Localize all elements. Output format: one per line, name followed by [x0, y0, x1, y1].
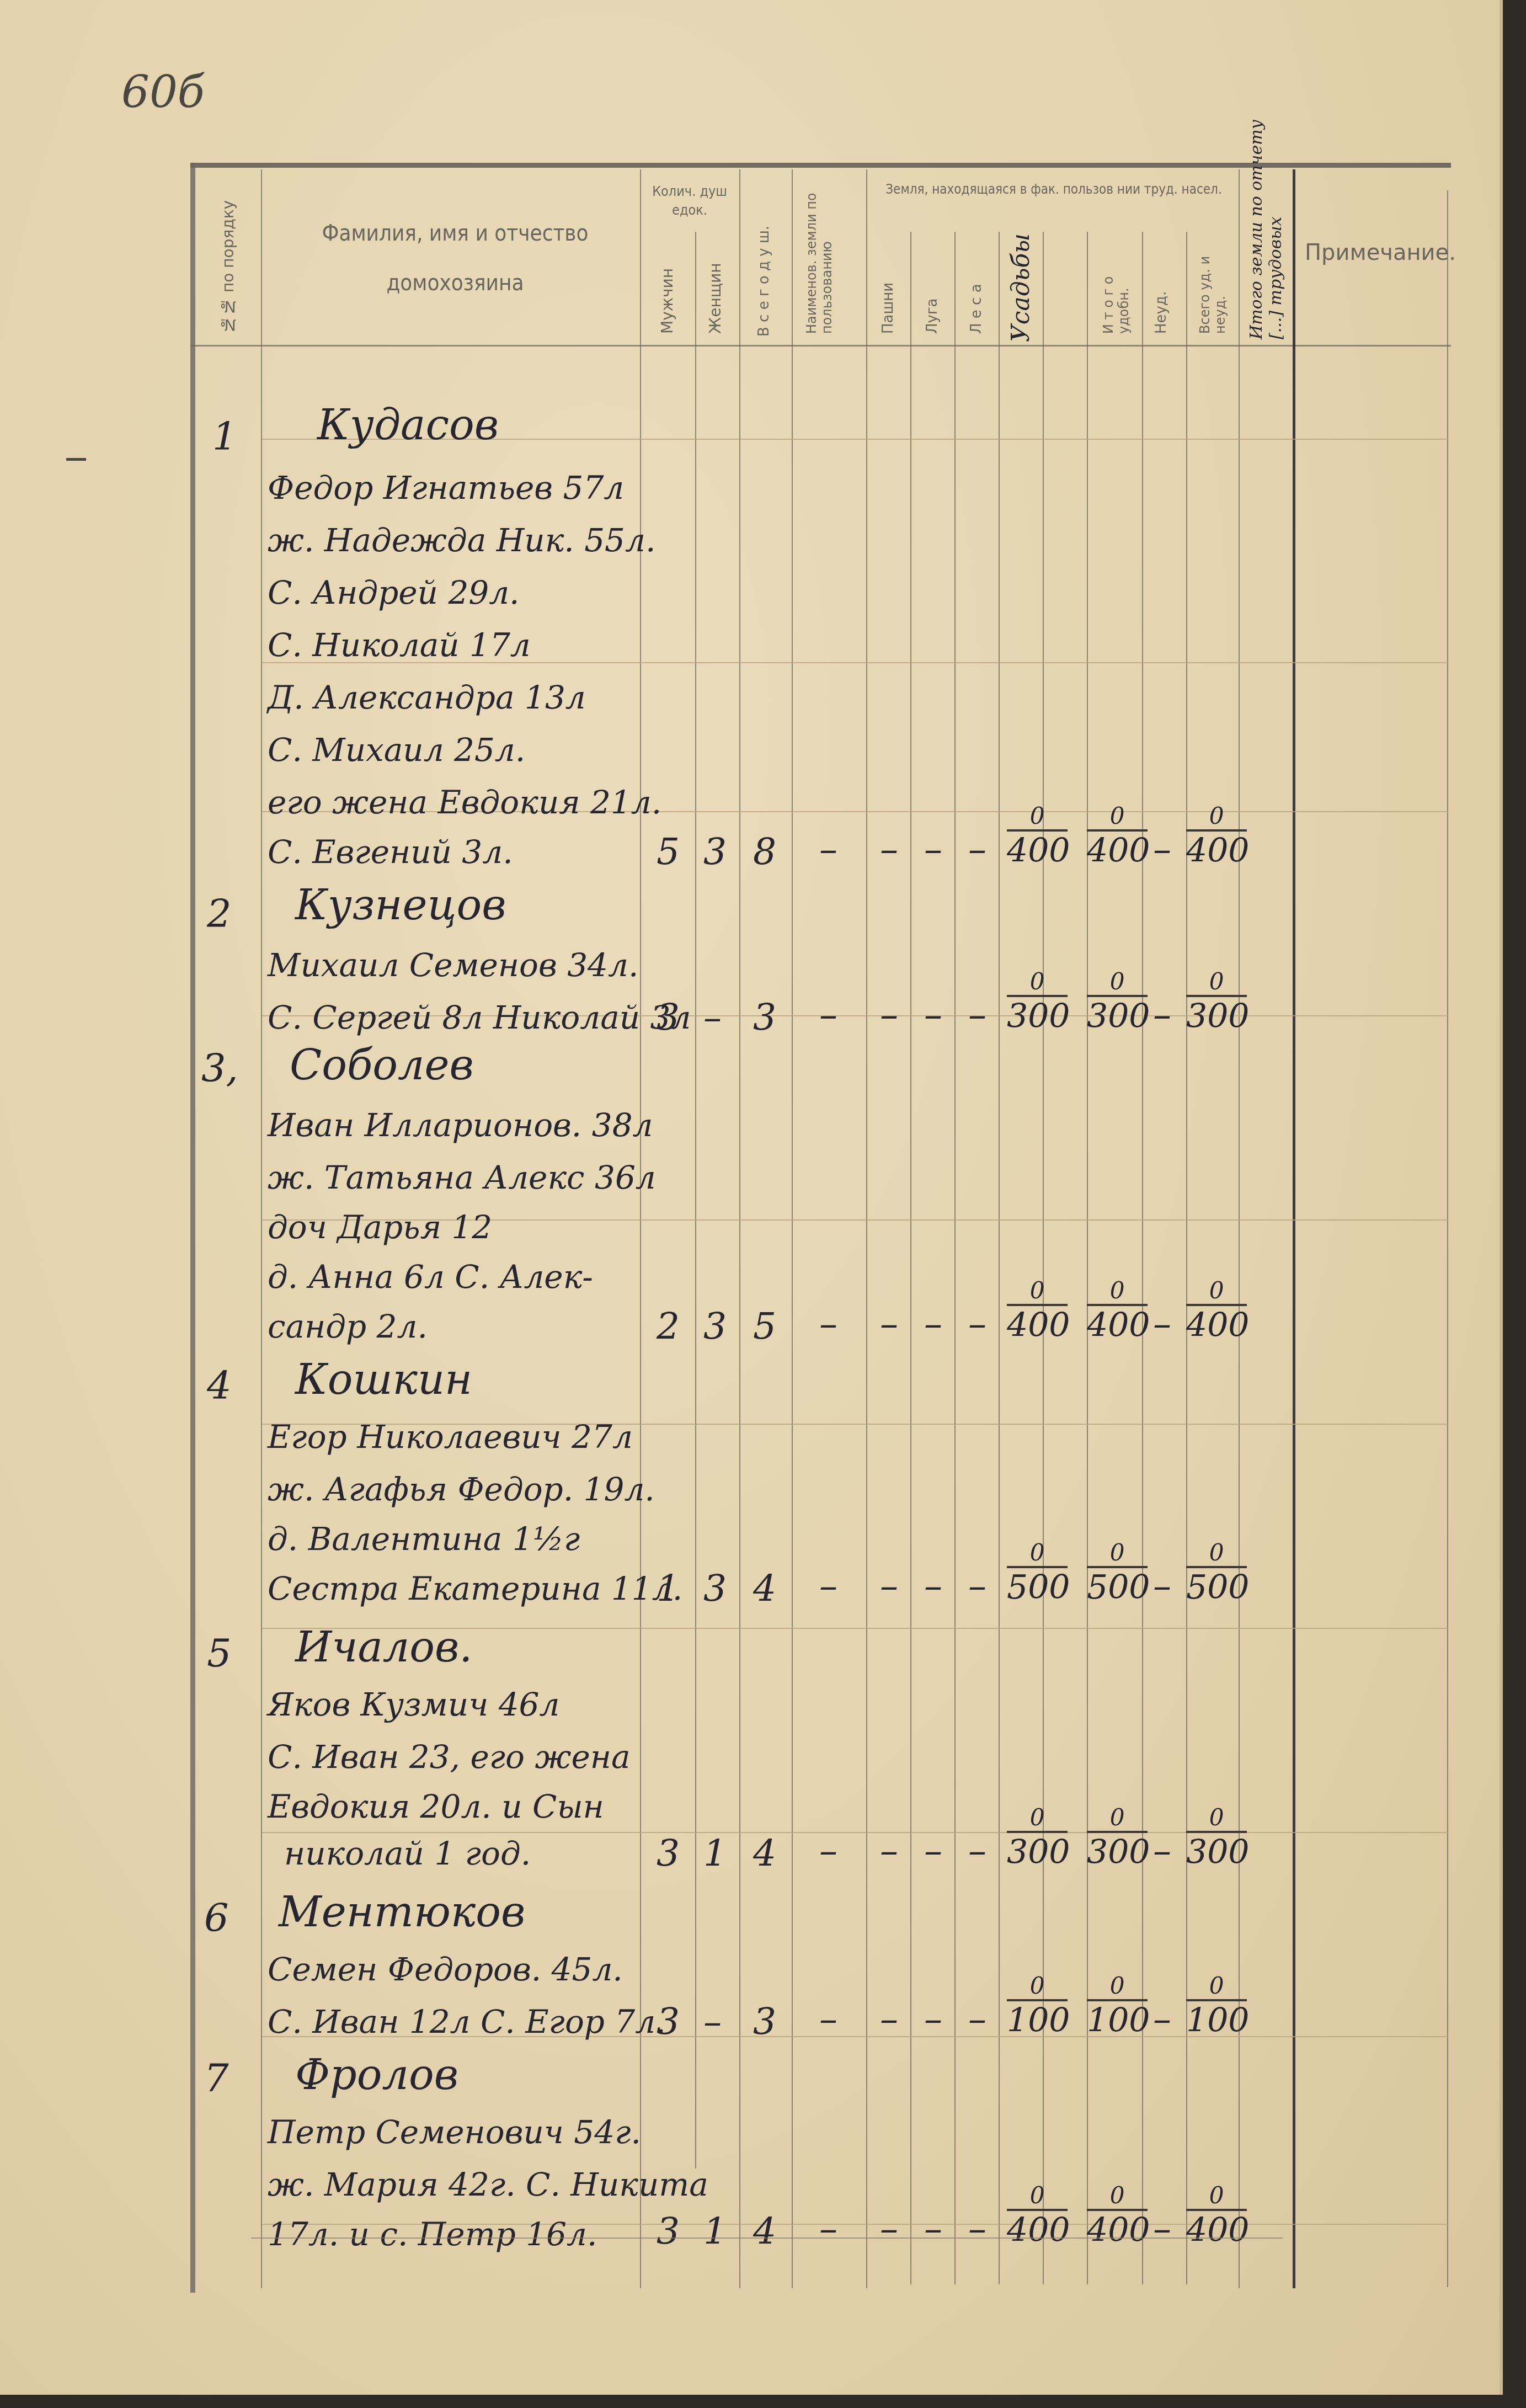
men-count: 3: [657, 996, 680, 1038]
meadows: –: [924, 1564, 942, 1607]
total-souls: 4: [753, 1832, 776, 1874]
header-arable: Пашни: [880, 257, 897, 334]
estate-fraction: 0400: [1007, 1277, 1068, 1345]
meadows: –: [924, 1997, 942, 2040]
header-total-all: Всего уд. и неуд.: [1197, 235, 1236, 334]
row-number: 3,: [201, 1046, 238, 1091]
all-total-fraction: 0300: [1186, 968, 1247, 1036]
forests: –: [968, 2207, 986, 2250]
header-meadows: Луга: [924, 257, 941, 334]
women-count: –: [703, 996, 722, 1038]
estate-fraction: 0300: [1007, 968, 1068, 1036]
header-name-line2: домохозяина: [279, 270, 632, 296]
col-divider: [739, 169, 740, 2288]
member: Евдокия 20л. и Сын: [268, 1788, 604, 1825]
arable: –: [880, 1302, 898, 1345]
header-land-group: Земля, находящаяся в фак. пользов нии тр…: [874, 179, 1233, 199]
member: доч Дарья 12: [268, 1208, 492, 1246]
unusable: –: [1153, 1302, 1171, 1345]
men-count: 1: [657, 1567, 680, 1610]
forests: –: [968, 1997, 986, 2040]
total-souls: 3: [753, 2000, 776, 2043]
all-total-fraction: 0400: [1186, 2182, 1247, 2250]
surname: Кузнецов: [295, 880, 506, 929]
header-notes: Примечание.: [1305, 240, 1448, 265]
meadows: –: [924, 828, 942, 870]
total-souls: 3: [753, 996, 776, 1038]
all-total-fraction: 0500: [1186, 1539, 1247, 1607]
left-rule: [190, 163, 195, 2293]
member: Петр Семенович 54г.: [268, 2113, 641, 2151]
unusable: –: [1153, 2207, 1171, 2250]
usable-total-fraction: 0100: [1087, 1973, 1148, 2040]
col-divider: [1239, 169, 1240, 2288]
member: Сестра Екатерина 11л.: [268, 1570, 682, 1607]
col-divider-ink: [1293, 169, 1295, 2288]
all-total-fraction: 0100: [1186, 1973, 1247, 2040]
header-total-souls: В с е г о д у ш.: [756, 177, 772, 337]
col-divider: [866, 169, 867, 2288]
col-divider: [999, 232, 1000, 2284]
header-handwritten-total: Итого земли по отчету [...] трудовых: [1247, 113, 1294, 339]
forests: –: [968, 828, 986, 870]
forests: –: [968, 1302, 986, 1345]
total-souls: 4: [753, 2210, 776, 2252]
women-count: 3: [703, 1567, 727, 1610]
arable: –: [880, 1564, 898, 1607]
arable: –: [880, 1997, 898, 2040]
member: Федор Игнатьев 57л: [268, 469, 624, 507]
all-total-fraction: 0300: [1186, 1804, 1247, 1872]
forests: –: [968, 993, 986, 1036]
header-estate-handwritten: Усадьбы: [1007, 221, 1035, 342]
member: д. Валентина 1½г: [268, 1520, 580, 1558]
col-divider: [261, 169, 262, 2288]
header-unusable: Неуд.: [1153, 257, 1170, 334]
member: Д. Александра 13л: [268, 679, 586, 716]
surname: Кудасов: [317, 400, 499, 449]
unusable: –: [1153, 1997, 1171, 2040]
col-divider: [1447, 190, 1448, 2287]
member: С. Сергей 8л Николай 3л: [268, 999, 691, 1036]
usable-total-fraction: 0300: [1087, 968, 1148, 1036]
all-total-fraction: 0400: [1186, 803, 1247, 870]
men-count: 3: [657, 2000, 680, 2043]
unusable: –: [1153, 1564, 1171, 1607]
col-divider: [695, 232, 696, 2169]
header-row-number: №№ по порядку: [219, 196, 237, 334]
member: ж. Татьяна Алекс 36л: [268, 1159, 656, 1196]
member: 17л. и с. Петр 16л.: [268, 2215, 597, 2253]
women-count: 3: [703, 1305, 727, 1347]
meadows: –: [924, 993, 942, 1036]
member: С. Михаил 25л.: [268, 731, 525, 769]
member: николай 1 год.: [284, 1835, 531, 1872]
row-number: 1: [212, 414, 237, 459]
total-souls: 4: [753, 1567, 776, 1610]
member: д. Анна 6л С. Алек-: [268, 1258, 593, 1296]
member: Михаил Семенов 34л.: [268, 946, 638, 984]
arable: –: [880, 828, 898, 870]
census-form-sheet: 60б №№ по порядку Фами: [0, 0, 1503, 2395]
member: его жена Евдокия 21л.: [268, 784, 661, 821]
header-name-line1: Фамилия, имя и отчество: [279, 221, 632, 246]
usable-total-fraction: 0400: [1087, 1277, 1148, 1345]
land-name: –: [819, 828, 837, 870]
surname: Кошкин: [295, 1355, 472, 1404]
estate-fraction: 0300: [1007, 1804, 1068, 1872]
land-name: –: [819, 993, 837, 1036]
header-forests: Л е с а: [968, 246, 985, 334]
land-name: –: [819, 1829, 837, 1872]
header-total-usable: И т о г о удобн.: [1101, 235, 1139, 334]
women-count: 1: [703, 1832, 727, 1874]
land-name: –: [819, 1302, 837, 1345]
header-men: Мужчин: [658, 246, 676, 334]
member: сандр 2л.: [268, 1308, 428, 1345]
men-count: 3: [657, 2210, 680, 2252]
women-count: 1: [703, 2210, 727, 2252]
row-number: 2: [207, 891, 232, 936]
total-souls: 5: [753, 1305, 776, 1347]
usable-total-fraction: 0300: [1087, 1804, 1148, 1872]
estate-fraction: 0400: [1007, 803, 1068, 870]
usable-total-fraction: 0400: [1087, 803, 1148, 870]
arable: –: [880, 993, 898, 1036]
row-number: 5: [207, 1631, 232, 1676]
household-land-table: №№ по порядку Фамилия, имя и отчество до…: [190, 163, 1451, 2293]
member: ж. Надежда Ник. 55л.: [268, 521, 655, 559]
member: С. Иван 23, его жена: [268, 1738, 631, 1776]
surname: Фролов: [295, 2050, 458, 2099]
men-count: 3: [657, 1832, 680, 1874]
estate-fraction: 0400: [1007, 2182, 1068, 2250]
meadows: –: [924, 2207, 942, 2250]
land-name: –: [819, 1997, 837, 2040]
member: ж. Агафья Федор. 19л.: [268, 1471, 655, 1508]
page-number: 60б: [121, 66, 205, 118]
usable-total-fraction: 0500: [1087, 1539, 1148, 1607]
unusable: –: [1153, 993, 1171, 1036]
member: Яков Кузмич 46л: [268, 1686, 559, 1723]
col-divider: [792, 169, 793, 2288]
row-number: 4: [207, 1363, 232, 1408]
land-name: –: [819, 2207, 837, 2250]
meadows: –: [924, 1302, 942, 1345]
row-rule: [262, 1832, 1448, 1833]
surname: Ментюков: [279, 1887, 525, 1936]
all-total-fraction: 0400: [1186, 1277, 1247, 1345]
member: С. Андрей 29л.: [268, 574, 520, 611]
member: С. Иван 12л С. Егор 7л.: [268, 2003, 666, 2041]
arable: –: [880, 2207, 898, 2250]
header-land-name: Наименов. земли по пользованию: [804, 185, 842, 334]
member: ж. Мария 42г. С. Никита: [268, 2166, 708, 2203]
member: Семен Федоров. 45л.: [268, 1951, 623, 1988]
col-divider: [640, 169, 641, 2288]
margin-mark: [66, 458, 86, 461]
col-divider: [954, 232, 956, 2284]
women-count: 3: [703, 830, 727, 873]
row-number: 7: [204, 2055, 229, 2101]
surname: Соболев: [290, 1040, 474, 1089]
unusable: –: [1153, 828, 1171, 870]
member: Егор Николаевич 27л: [268, 1418, 633, 1456]
men-count: 2: [657, 1305, 680, 1347]
row-number: 6: [204, 1895, 229, 1941]
header-rule: [190, 345, 1451, 347]
forests: –: [968, 1829, 986, 1872]
women-count: –: [703, 2000, 722, 2043]
col-divider: [910, 232, 911, 2284]
surname: Ичалов.: [295, 1622, 472, 1671]
meadows: –: [924, 1829, 942, 1872]
total-souls: 8: [753, 830, 776, 873]
estate-fraction: 0500: [1007, 1539, 1068, 1607]
member: Иван Илларионов. 38л: [268, 1106, 653, 1144]
arable: –: [880, 1829, 898, 1872]
usable-total-fraction: 0400: [1087, 2182, 1148, 2250]
estate-fraction: 0100: [1007, 1973, 1068, 2040]
header-women: Женщин: [706, 246, 724, 334]
men-count: 5: [657, 830, 680, 873]
forests: –: [968, 1564, 986, 1607]
unusable: –: [1153, 1829, 1171, 1872]
header-souls-group: Колич. душ едок.: [643, 182, 737, 220]
bottom-closing-rule: [251, 2237, 1283, 2239]
land-name: –: [819, 1564, 837, 1607]
member: С. Евгений 3л.: [268, 833, 513, 871]
member: С. Николай 17л: [268, 626, 531, 664]
